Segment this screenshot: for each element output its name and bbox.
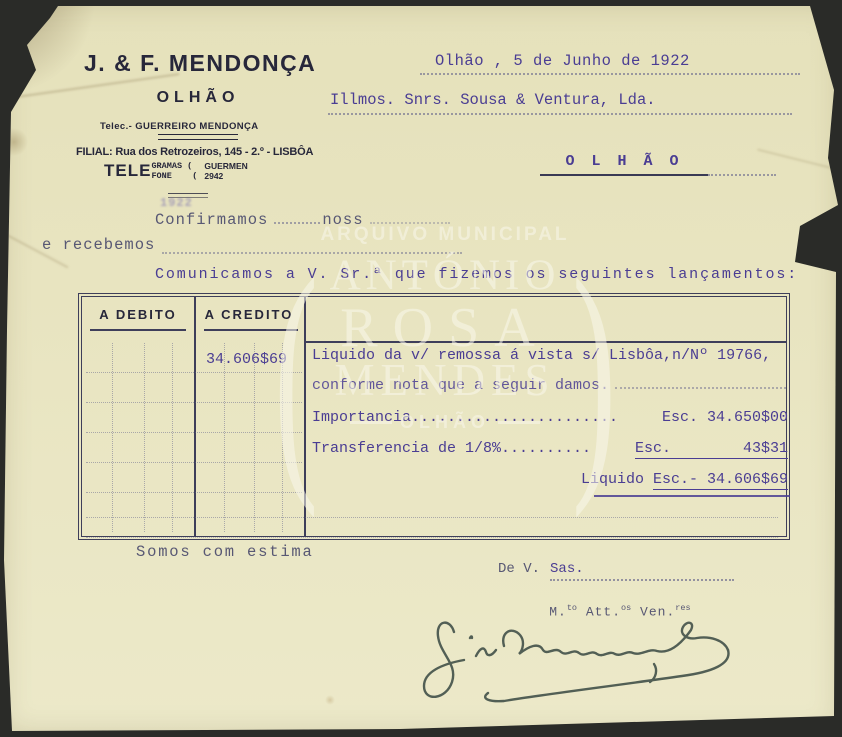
confirm-line: Confirmamos noss	[155, 211, 455, 229]
description-line-1: Liquido da v/ remossa á vista s/ Lisbôa,…	[312, 347, 788, 364]
signature-stroke	[476, 649, 496, 656]
signature-dot	[470, 637, 472, 639]
transfer-label: Transferencia de 1/8%..........	[312, 440, 591, 457]
place-dotted-tail	[708, 173, 776, 176]
dotted-tail	[370, 222, 450, 224]
confirm-label: Confirmamos	[155, 211, 268, 229]
ledger-row-rule	[86, 402, 302, 403]
telephone-number: 2942	[204, 172, 247, 182]
date-line: Olhão , 5 de Junho de 1922	[420, 52, 800, 75]
liquido-line: Liquido Esc.- 34.606$69	[312, 471, 788, 490]
header-rule	[90, 329, 186, 331]
document-paper: J. & F. MENDONÇA OLHÃO Telec.- GUERREIRO…	[0, 0, 842, 737]
branch-address: FILIAL: Rua dos Retrozeiros, 145 - 2.º -…	[76, 146, 313, 158]
de-v-sas-line: De V. Sas.	[498, 561, 734, 581]
tele-prefix: TELE	[104, 161, 151, 180]
dotted-gap	[274, 222, 320, 224]
confirm-value: noss	[322, 211, 363, 229]
credit-header: A CREDITO	[198, 307, 300, 322]
description-top-rule	[304, 341, 786, 343]
scan-background: { "letterhead": { "company": "J. & F. ME…	[0, 0, 842, 737]
ledger-row-rule	[86, 492, 302, 493]
crease-line	[757, 149, 842, 174]
importancia-amount: Esc. 34.650$00	[662, 409, 788, 426]
signature-flourish	[485, 650, 728, 701]
transfer-line: Transferencia de 1/8%.......... Esc. 43$…	[312, 440, 788, 459]
addressee-line: Illmos. Snrs. Sousa & Ventura, Lda.	[328, 91, 792, 115]
place-line: O L H Ã O	[540, 153, 708, 176]
signature	[412, 602, 748, 714]
telephone-block: TELE GRAMAS ( FONE ( GUERMEN 2942	[104, 161, 248, 181]
ledger-row-rule	[86, 462, 302, 463]
transfer-amount: Esc. 43$31	[635, 440, 788, 459]
ledger-row-rule-full	[86, 537, 778, 538]
received-line: e recebemos	[42, 236, 155, 254]
credit-amount: 34.606$69	[206, 351, 287, 368]
ledger-row-rule-full	[86, 517, 778, 518]
ledger-table: A DEBITO A CREDITO 34.606$69 Liquido da …	[78, 293, 790, 540]
de-v-label: De V.	[498, 561, 540, 577]
ledger-row-rule	[86, 372, 302, 373]
regards-line: Somos com estima	[136, 543, 314, 561]
signature-stroke	[424, 623, 464, 697]
importancia-label: Importancia.......................	[312, 409, 618, 426]
dotted-tail	[615, 387, 786, 389]
header-rule	[204, 329, 298, 331]
column-separator	[194, 297, 196, 536]
importancia-line: Importancia....................... Esc. …	[312, 409, 788, 426]
telephone-word: FONE (	[151, 172, 197, 182]
description-line-2: conforme nota que a seguir damos.	[312, 377, 788, 394]
faded-stamp: 1922	[160, 196, 193, 210]
liquido-amount: Esc.- 34.606$69	[653, 471, 788, 490]
liquido-second-rule	[594, 495, 790, 497]
received-dotted-rule	[162, 251, 462, 254]
company-name: J. & F. MENDONÇA	[84, 50, 316, 77]
tele-values: GUERMEN 2942	[204, 162, 247, 181]
debit-header: A DEBITO	[86, 307, 190, 322]
company-city: OLHÃO	[118, 89, 278, 107]
sas-dotted-rule: Sas.	[550, 561, 734, 581]
communicate-line: Comunicamos a V. Sr.ª que fizemos os seg…	[155, 266, 798, 283]
liquido-label: Liquido	[581, 471, 653, 488]
tele-words: GRAMAS ( FONE (	[151, 162, 197, 181]
double-rule	[158, 134, 238, 140]
description-line-2-text: conforme nota que a seguir damos.	[312, 377, 609, 394]
signature-stroke	[503, 623, 728, 655]
telegraph-line: Telec.- GUERREIRO MENDONÇA	[100, 121, 259, 132]
ledger-row-rule	[86, 432, 302, 433]
column-separator	[304, 297, 306, 536]
sas-label: Sas.	[550, 561, 584, 577]
